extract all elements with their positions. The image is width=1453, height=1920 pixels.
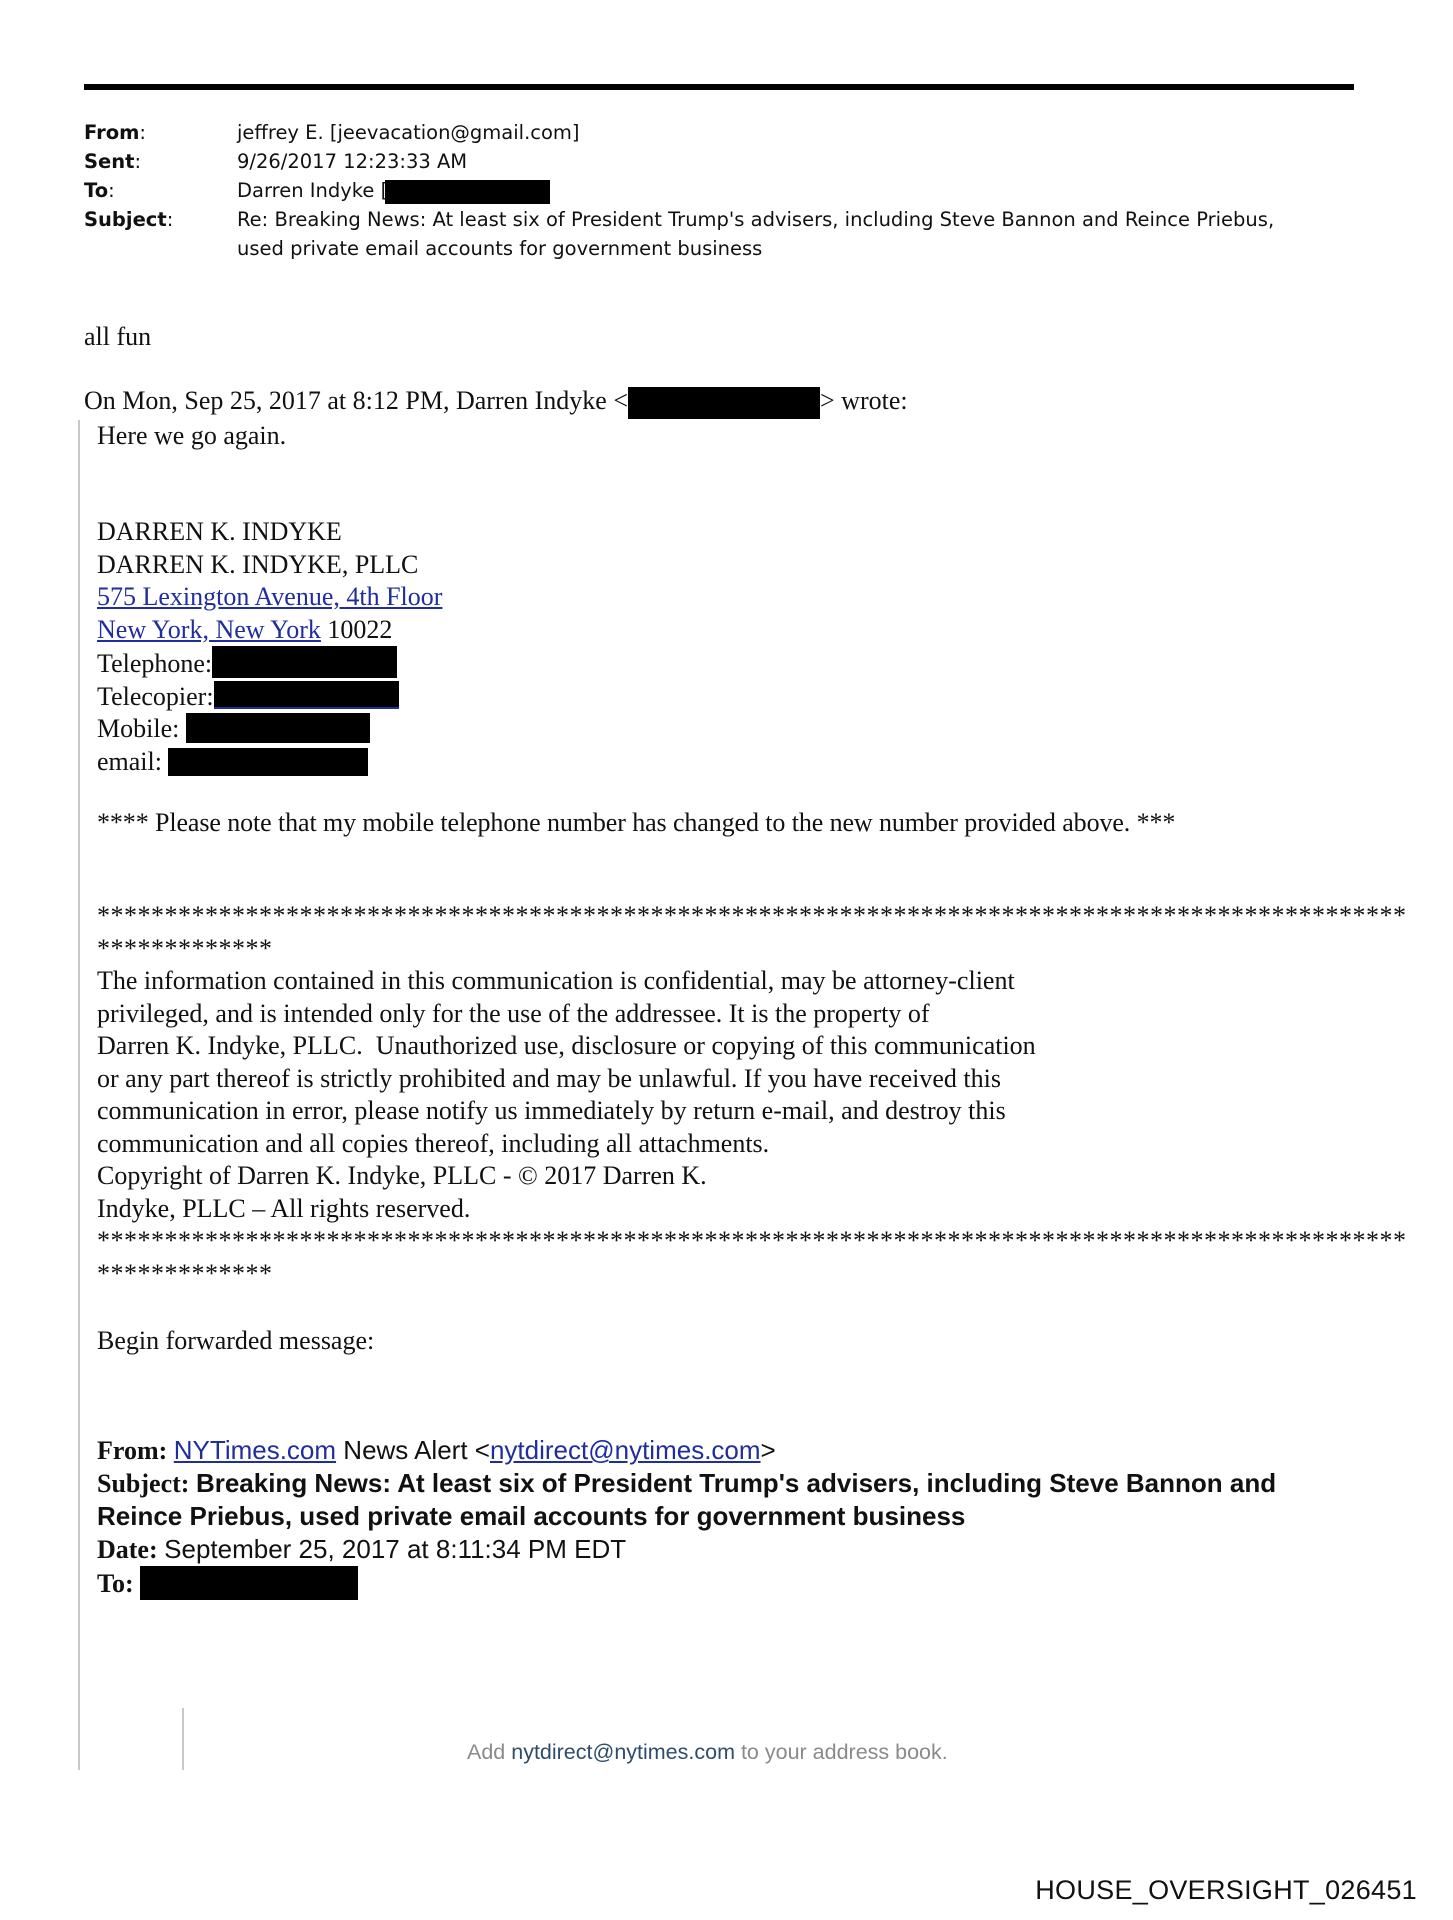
address-book-notice: Add nytdirect@nytimes.com to your addres…: [467, 1740, 948, 1765]
sent-value: 9/26/2017 12:23:33 AM: [237, 147, 1317, 176]
disclaimer-line: The information contained in this commun…: [97, 965, 1407, 998]
divider-stars: ****************************************…: [97, 900, 1407, 933]
redaction-box: [385, 180, 550, 204]
redaction-box: [214, 681, 399, 709]
header-subject-row: Subject: Re: Breaking News: At least six…: [84, 205, 1317, 263]
to-value: Darren Indyke [: [237, 179, 388, 202]
signature-block: DARREN K. INDYKE DARREN K. INDYKE, PLLC …: [97, 516, 442, 778]
forwarded-date-row: Date: September 25, 2017 at 8:11:34 PM E…: [97, 1533, 1347, 1566]
disclaimer-line: Copyright of Darren K. Indyke, PLLC - © …: [97, 1160, 1407, 1193]
forwarded-from-row: From: NYTimes.com News Alert <nytdirect@…: [97, 1434, 1347, 1467]
signature-firm: DARREN K. INDYKE, PLLC: [97, 549, 442, 582]
disclaimer-line: communication and all copies thereof, in…: [97, 1128, 1407, 1161]
attribution-prefix: On Mon, Sep 25, 2017 at 8:12 PM, Darren …: [84, 386, 628, 415]
quote-bar: [78, 420, 80, 1770]
redaction-box: [628, 387, 820, 419]
disclaimer-line: Darren K. Indyke, PLLC. Unauthorized use…: [97, 1030, 1407, 1063]
header-to-row: To: Darren Indyke [: [84, 176, 1317, 205]
quoted-body: Here we go again.: [97, 420, 286, 453]
address-link[interactable]: 575 Lexington Avenue, 4th Floor: [97, 582, 442, 611]
telephone-label: Telephone:: [97, 649, 212, 678]
subject-label: Subject: [84, 208, 167, 231]
city-link[interactable]: New York, New York: [97, 615, 321, 644]
fwd-from-label: From:: [97, 1436, 174, 1465]
forwarded-to-row: To:: [97, 1566, 1347, 1600]
fwd-date-value: September 25, 2017 at 8:11:34 PM EDT: [164, 1534, 626, 1564]
address-book-suffix: to your address book.: [735, 1740, 948, 1764]
telecopier-label: Telecopier:: [97, 682, 214, 711]
sent-label: Sent: [84, 150, 134, 173]
attribution-suffix: > wrote:: [820, 386, 908, 415]
to-label: To: [84, 179, 108, 202]
redaction-box: [140, 1566, 358, 1600]
disclaimer-line: or any part thereof is strictly prohibit…: [97, 1063, 1407, 1096]
from-label: From: [84, 121, 139, 144]
reply-body: all fun: [84, 322, 151, 352]
confidentiality-disclaimer: ****************************************…: [97, 900, 1407, 1290]
quote-attribution: On Mon, Sep 25, 2017 at 8:12 PM, Darren …: [84, 386, 908, 419]
fwd-to-label: To:: [97, 1569, 140, 1598]
signature-name: DARREN K. INDYKE: [97, 516, 442, 549]
header-from-row: From: jeffrey E. [jeevacation@gmail.com]: [84, 118, 1317, 147]
forwarded-begin: Begin forwarded message:: [97, 1326, 374, 1356]
forwarded-header: From: NYTimes.com News Alert <nytdirect@…: [97, 1434, 1347, 1600]
address-book-email[interactable]: nytdirect@nytimes.com: [511, 1740, 735, 1764]
redaction-box: [186, 713, 370, 743]
nytdirect-email-link[interactable]: nytdirect@nytimes.com: [490, 1435, 761, 1465]
redaction-box: [168, 748, 368, 776]
fwd-date-label: Date:: [97, 1535, 164, 1564]
disclaimer-line: Indyke, PLLC – All rights reserved.: [97, 1193, 1407, 1226]
fwd-from-name: News Alert <: [336, 1435, 490, 1465]
from-value: jeffrey E. [jeevacation@gmail.com]: [237, 118, 1317, 147]
bates-number: HOUSE_OVERSIGHT_026451: [1035, 1875, 1417, 1906]
fwd-subject-label: Subject:: [97, 1469, 196, 1498]
address-book-prefix: Add: [467, 1740, 511, 1764]
divider-stars: *************: [97, 933, 1407, 966]
header-sent-row: Sent: 9/26/2017 12:23:33 AM: [84, 147, 1317, 176]
redaction-box: [212, 646, 397, 678]
nytimes-link[interactable]: NYTimes.com: [174, 1435, 336, 1465]
mobile-change-note: **** Please note that my mobile telephon…: [97, 808, 1175, 838]
disclaimer-line: privileged, and is intended only for the…: [97, 998, 1407, 1031]
divider-stars: *************: [97, 1258, 1407, 1291]
inner-quote-bar: [182, 1708, 184, 1770]
email-label: email:: [97, 747, 168, 776]
email-header: From: jeffrey E. [jeevacation@gmail.com]…: [84, 118, 1317, 263]
divider-stars: ****************************************…: [97, 1225, 1407, 1258]
fwd-from-close: >: [761, 1435, 776, 1465]
disclaimer-line: communication in error, please notify us…: [97, 1095, 1407, 1128]
forwarded-subject-row: Subject: Breaking News: At least six of …: [97, 1467, 1347, 1533]
mobile-label: Mobile:: [97, 714, 186, 743]
header-rule: [84, 84, 1354, 90]
subject-value: Re: Breaking News: At least six of Presi…: [237, 205, 1317, 263]
zip-code: 10022: [321, 615, 393, 644]
fwd-subject-value: Breaking News: At least six of President…: [97, 1468, 1276, 1531]
